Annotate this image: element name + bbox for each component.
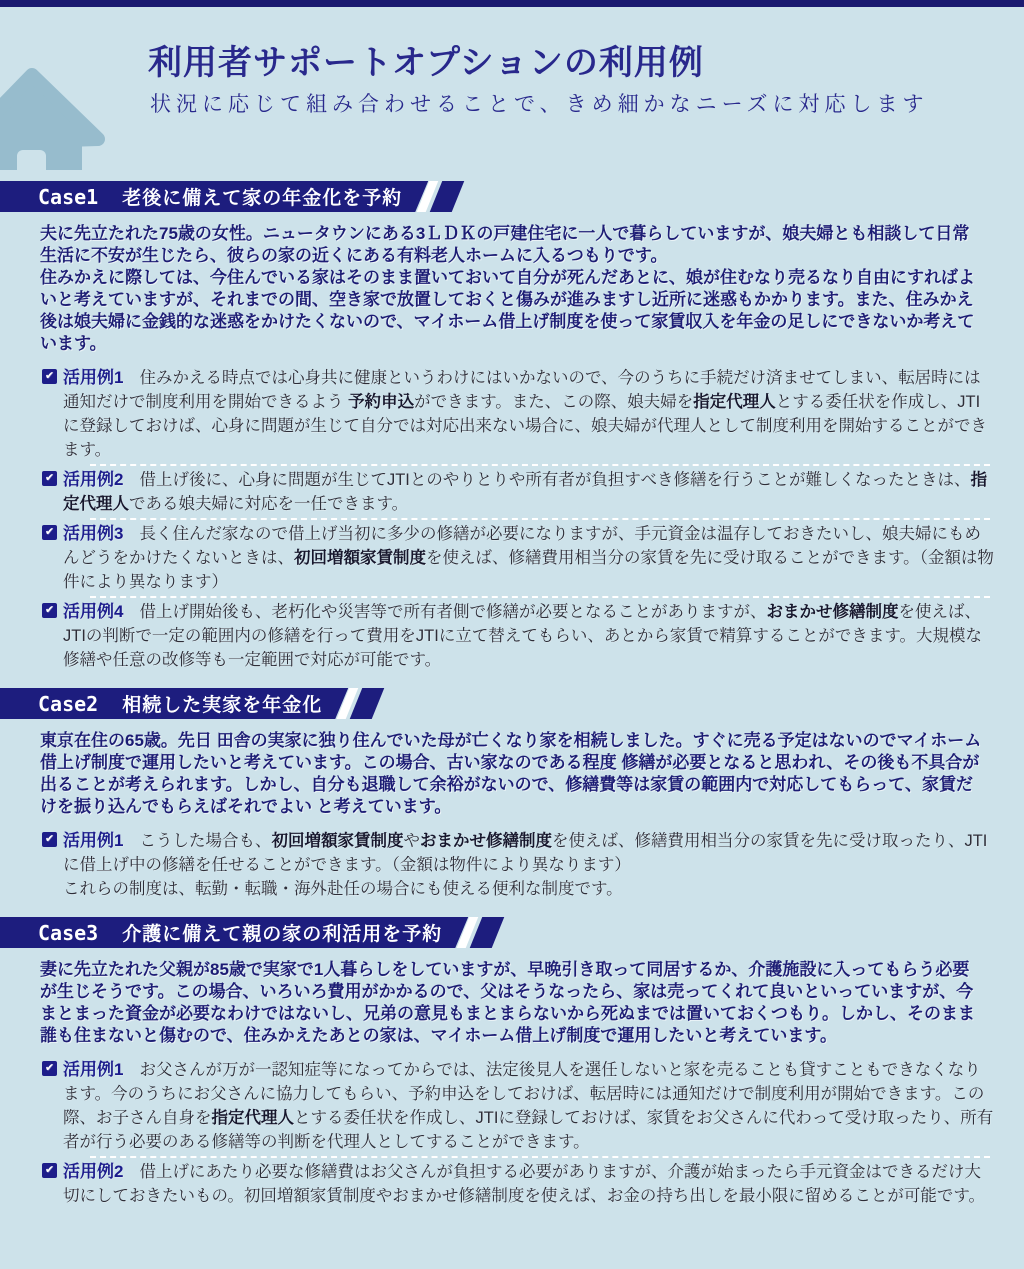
checked-checkbox-icon: ✔ [42, 525, 57, 540]
house-icon [0, 45, 120, 185]
case-section: Case3 介護に備えて親の家の利活用を予約 妻に先立たれた父親が85歳で実家で… [0, 917, 1024, 1208]
example-list: ✔活用例1お父さんが万が一認知症等になってからでは、法定後見人を選任しないと家を… [42, 1058, 994, 1208]
dashed-divider [90, 596, 990, 598]
usage-example: ✔活用例1お父さんが万が一認知症等になってからでは、法定後見人を選任しないと家を… [42, 1058, 994, 1154]
usage-example: ✔活用例2借上げにあたり必要な修繕費はお父さんが負担する必要がありますが、介護が… [42, 1160, 994, 1208]
case-label: Case3 [38, 921, 98, 945]
case-description: 東京在住の65歳。先日 田舎の実家に独り住んでいた母が亡くなり家を相続しました。… [40, 730, 986, 818]
case-description: 夫に先立たれた75歳の女性。ニュータウンにある3ＬＤＫの戸建住宅に一人で暮らして… [40, 223, 986, 355]
case-paragraph: 住みかえに際しては、今住んでいる家はそのまま置いておいて自分が死んだあとに、娘が… [40, 267, 986, 355]
page-header: 利用者サポートオプションの利用例 状況に応じて組み合わせることで、きめ細かなニー… [0, 41, 1024, 165]
checked-checkbox-icon: ✔ [42, 603, 57, 618]
checked-checkbox-icon: ✔ [42, 1163, 57, 1178]
cases: Case1 老後に備えて家の年金化を予約 夫に先立たれた75歳の女性。ニュータウ… [0, 181, 1024, 1208]
checked-checkbox-icon: ✔ [42, 369, 57, 384]
case-section: Case1 老後に備えて家の年金化を予約 夫に先立たれた75歳の女性。ニュータウ… [0, 181, 1024, 672]
page-title: 利用者サポートオプションの利用例 [148, 41, 1024, 85]
flyer-page: 利用者サポートオプションの利用例 状況に応じて組み合わせることで、きめ細かなニー… [0, 0, 1024, 1208]
case-heading: 介護に備えて親の家の利活用を予約 [122, 919, 442, 946]
top-accent-bar [0, 0, 1024, 7]
example-label: 活用例4 [63, 602, 123, 621]
example-text: 借上げ開始後も、老朽化や災害等で所有者側で修繕が必要となることがありますが、おま… [63, 603, 982, 669]
example-label: 活用例3 [63, 524, 123, 543]
example-label: 活用例1 [63, 1060, 123, 1079]
case-label: Case1 [38, 185, 98, 209]
example-text: 住みかえる時点では心身共に健康というわけにはいかないので、今のうちに手続だけ済ま… [63, 369, 987, 459]
case-banner: Case2 相続した実家を年金化 [0, 688, 1024, 719]
example-label: 活用例1 [63, 368, 123, 387]
checked-checkbox-icon: ✔ [42, 832, 57, 847]
usage-example: ✔活用例1住みかえる時点では心身共に健康というわけにはいかないので、今のうちに手… [42, 366, 994, 462]
example-text: お父さんが万が一認知症等になってからでは、法定後見人を選任しないと家を売ることも… [63, 1061, 993, 1151]
example-text: こうした場合も、初回増額家賃制度やおまかせ修繕制度を使えば、修繕費用相当分の家賃… [63, 832, 987, 898]
checked-checkbox-icon: ✔ [42, 1061, 57, 1076]
case-section: Case2 相続した実家を年金化 東京在住の65歳。先日 田舎の実家に独り住んで… [0, 688, 1024, 901]
usage-example: ✔活用例4借上げ開始後も、老朽化や災害等で所有者側で修繕が必要となることがありま… [42, 600, 994, 672]
example-text: 長く住んだ家なので借上げ当初に多少の修繕が必要になりますが、手元資金は温存してお… [63, 525, 994, 591]
example-label: 活用例1 [63, 831, 123, 850]
case-banner-bar: Case3 介護に備えて親の家の利活用を予約 [0, 917, 468, 948]
dashed-divider [90, 518, 990, 520]
example-text: 借上げにあたり必要な修繕費はお父さんが負担する必要がありますが、介護が始まったら… [63, 1163, 985, 1205]
case-banner-bar: Case1 老後に備えて家の年金化を予約 [0, 181, 428, 212]
usage-example: ✔活用例1こうした場合も、初回増額家賃制度やおまかせ修繕制度を使えば、修繕費用相… [42, 829, 994, 901]
case-paragraph: 妻に先立たれた父親が85歳で実家で1人暮らしをしていますが、早晩引き取って同居す… [40, 959, 986, 1047]
case-paragraph: 東京在住の65歳。先日 田舎の実家に独り住んでいた母が亡くなり家を相続しました。… [40, 730, 986, 818]
example-list: ✔活用例1こうした場合も、初回増額家賃制度やおまかせ修繕制度を使えば、修繕費用相… [42, 829, 994, 901]
case-banner: Case3 介護に備えて親の家の利活用を予約 [0, 917, 1024, 948]
case-paragraph: 夫に先立たれた75歳の女性。ニュータウンにある3ＬＤＫの戸建住宅に一人で暮らして… [40, 223, 986, 267]
example-text: 借上げ後に、心身に問題が生じてJTIとのやりとりや所有者が負担すべき修繕を行うこ… [63, 471, 987, 513]
case-banner-bar: Case2 相続した実家を年金化 [0, 688, 348, 719]
case-description: 妻に先立たれた父親が85歳で実家で1人暮らしをしていますが、早晩引き取って同居す… [40, 959, 986, 1047]
case-banner: Case1 老後に備えて家の年金化を予約 [0, 181, 1024, 212]
example-label: 活用例2 [63, 470, 123, 489]
usage-example: ✔活用例2借上げ後に、心身に問題が生じてJTIとのやりとりや所有者が負担すべき修… [42, 468, 994, 516]
example-label: 活用例2 [63, 1162, 123, 1181]
page-subtitle: 状況に応じて組み合わせることで、きめ細かなニーズに対応します [150, 91, 1024, 118]
example-list: ✔活用例1住みかえる時点では心身共に健康というわけにはいかないので、今のうちに手… [42, 366, 994, 672]
case-heading: 相続した実家を年金化 [122, 690, 322, 717]
usage-example: ✔活用例3長く住んだ家なので借上げ当初に多少の修繕が必要になりますが、手元資金は… [42, 522, 994, 594]
case-heading: 老後に備えて家の年金化を予約 [122, 183, 402, 210]
checked-checkbox-icon: ✔ [42, 471, 57, 486]
case-label: Case2 [38, 692, 98, 716]
dashed-divider [90, 464, 990, 466]
dashed-divider [90, 1156, 990, 1158]
